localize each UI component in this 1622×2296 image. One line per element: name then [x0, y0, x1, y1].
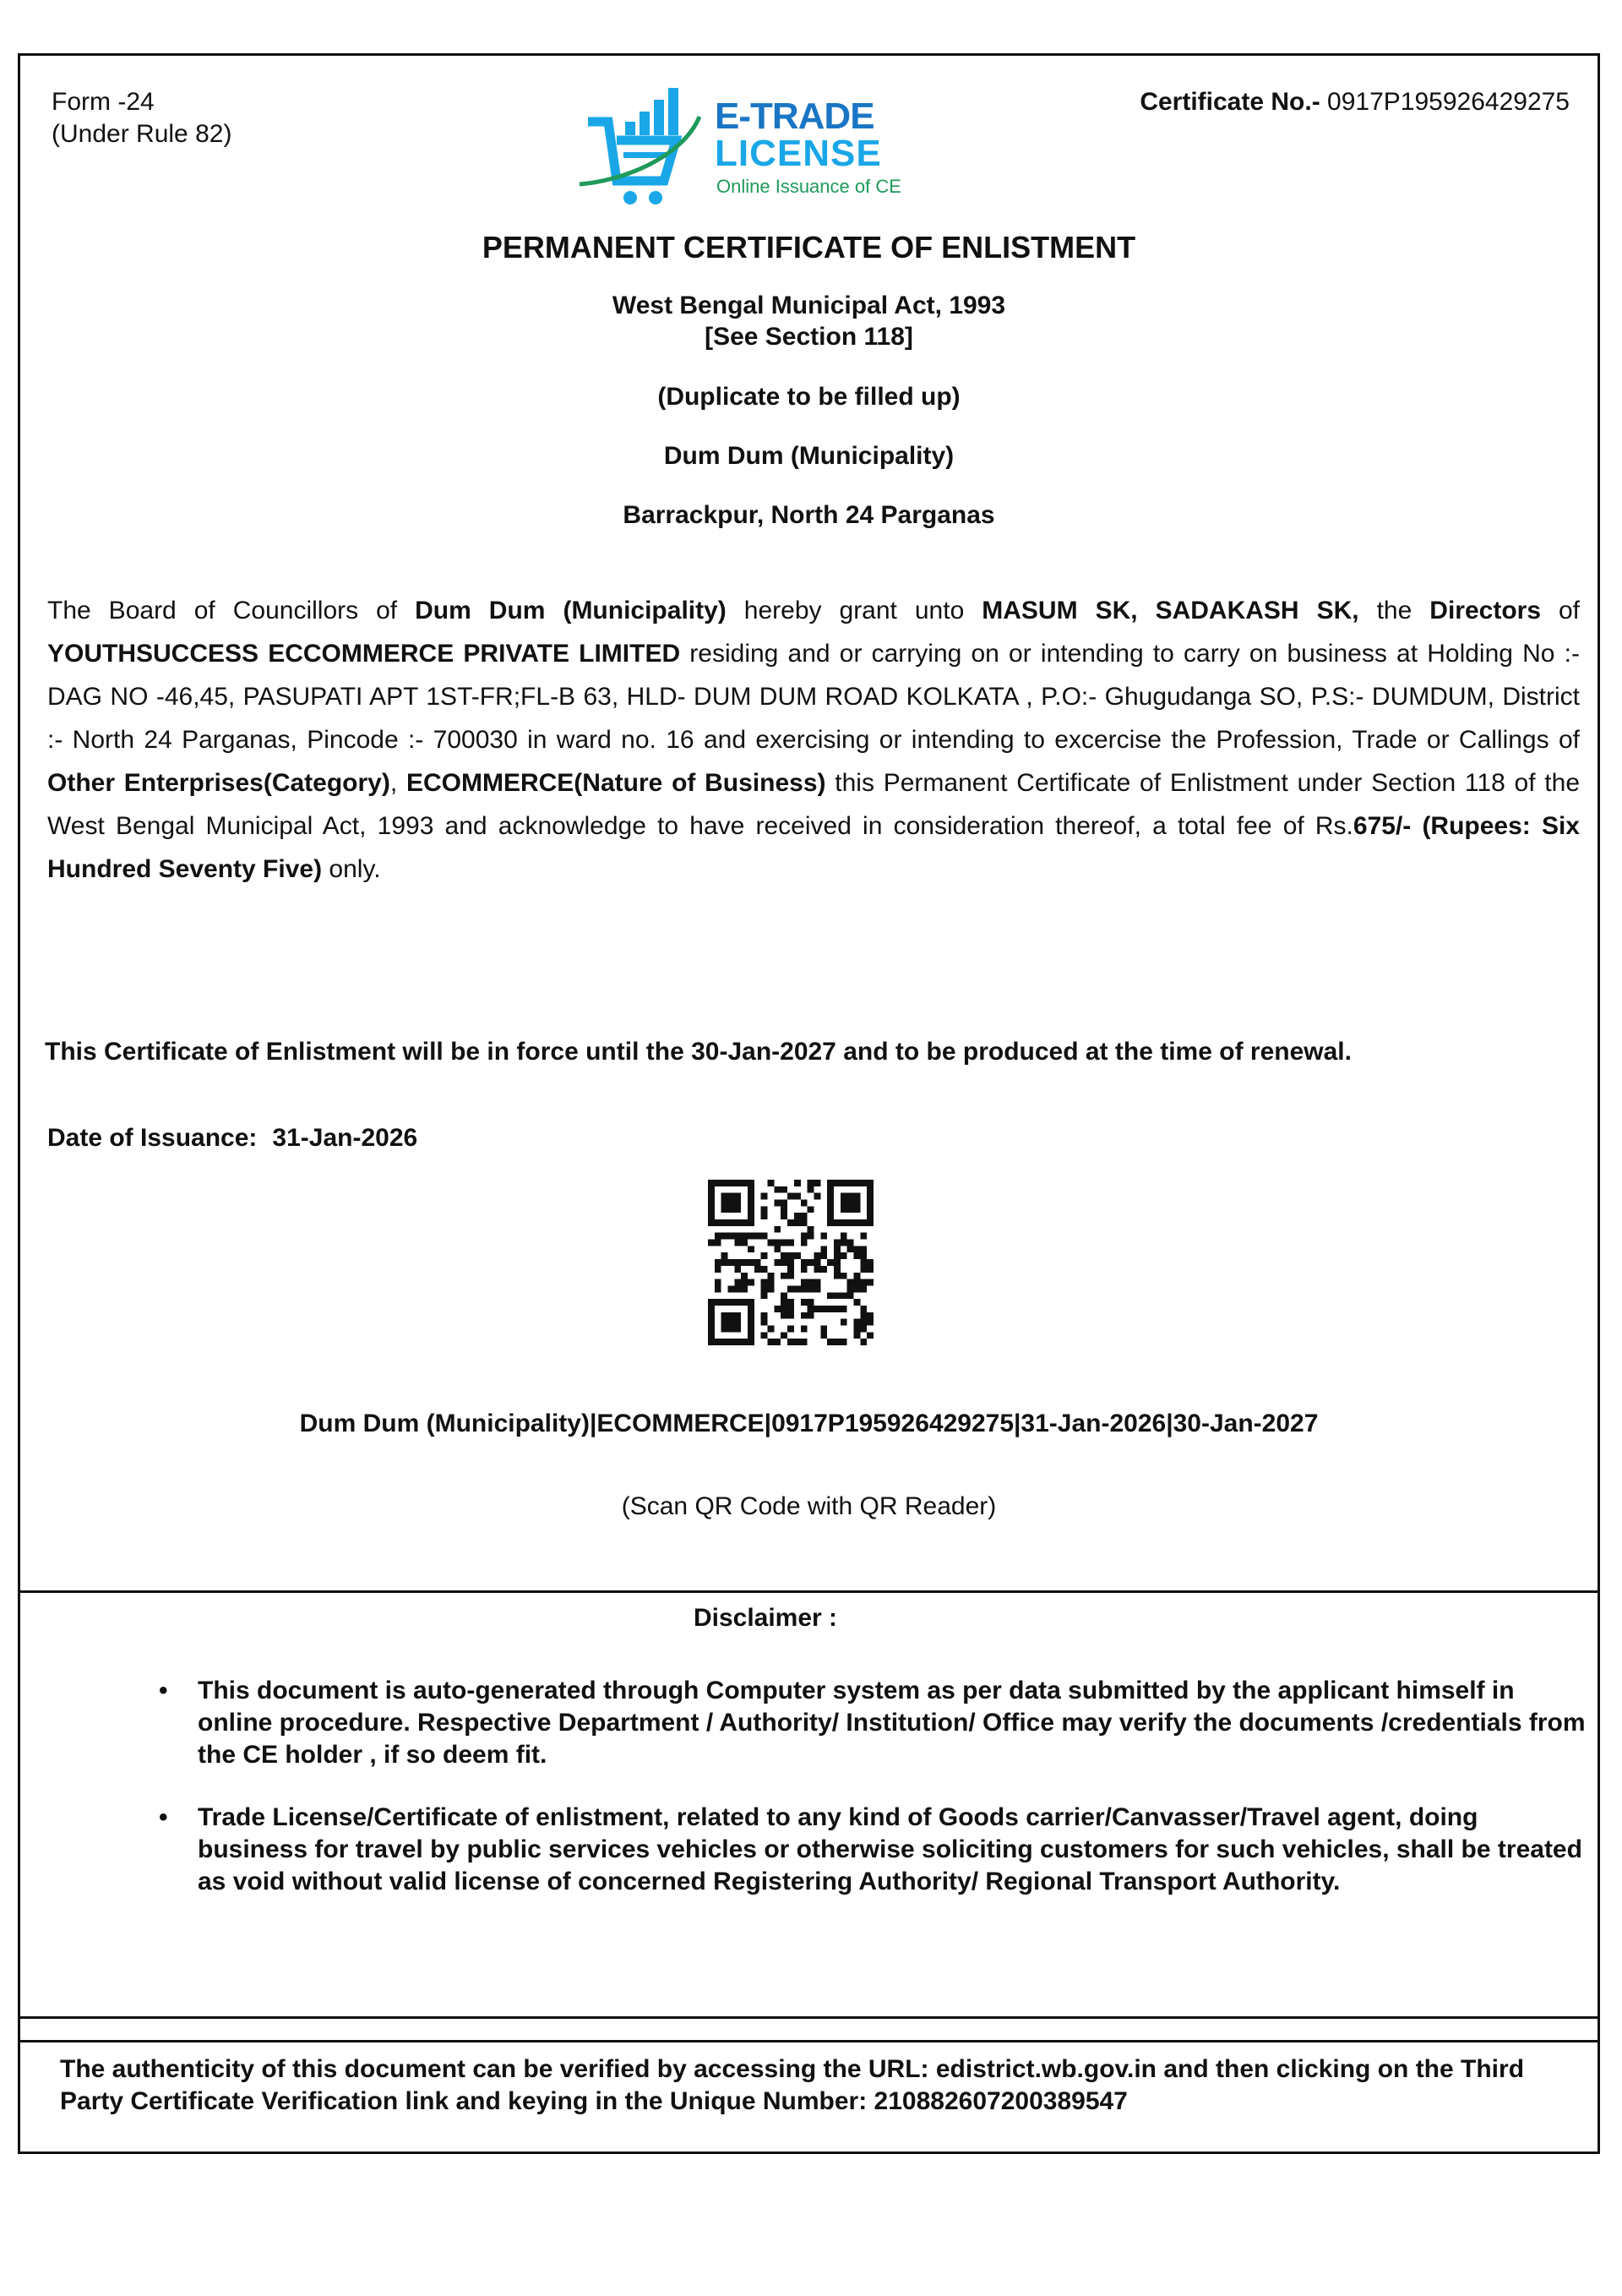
body-text: only. — [322, 855, 380, 883]
disclaimer-text: Trade License/Certificate of enlistment,… — [198, 1803, 1582, 1895]
logo-line1: E-TRADE — [715, 98, 874, 135]
body-text: the — [1359, 597, 1430, 624]
etrade-license-logo: E-TRADE LICENSE Online Issuance of CE — [564, 81, 911, 208]
certificate-number: Certificate No.- 0917P195926429275 — [1140, 86, 1570, 118]
bullet-icon: • — [159, 1802, 168, 1834]
form-number: Form -24 — [52, 86, 231, 118]
disclaimer-divider — [18, 1590, 1600, 1593]
footer-divider-top — [18, 2016, 1600, 2019]
act-section: [See Section 118] — [18, 322, 1600, 352]
footer-divider-bottom — [18, 2040, 1600, 2042]
duplicate-note: (Duplicate to be filled up) — [18, 382, 1600, 412]
logo-line2: LICENSE — [715, 135, 882, 172]
qr-scan-note: (Scan QR Code with QR Reader) — [18, 1492, 1600, 1521]
validity-statement: This Certificate of Enlistment will be i… — [45, 1038, 1352, 1066]
issuance-label: Date of Issuance: — [47, 1124, 257, 1152]
municipality-name: Dum Dum (Municipality) — [18, 441, 1600, 472]
logo-tagline: Online Issuance of CE — [716, 176, 901, 198]
disclaimer-list: •This document is auto-generated through… — [152, 1675, 1588, 1928]
issuance-value: 31-Jan-2026 — [272, 1124, 417, 1152]
qr-code-icon — [708, 1178, 874, 1347]
disclaimer-text: This document is auto-generated through … — [198, 1677, 1586, 1769]
certificate-number-label: Certificate No.- — [1140, 88, 1320, 116]
body-text: hereby grant unto — [727, 597, 982, 624]
grant-paragraph: The Board of Councillors of Dum Dum (Mun… — [47, 589, 1580, 891]
body-nature: ECOMMERCE(Nature of Business) — [406, 769, 826, 797]
form-info: Form -24 (Under Rule 82) — [52, 86, 231, 150]
body-company: YOUTHSUCCESS ECCOMMERCE PRIVATE LIMITED — [47, 640, 680, 668]
body-text: The Board of Councillors of — [47, 597, 415, 624]
issuance-date: Date of Issuance:31-Jan-2026 — [47, 1124, 417, 1153]
body-category: Other Enterprises(Category) — [47, 769, 390, 797]
qr-caption: Dum Dum (Municipality)|ECOMMERCE|0917P19… — [18, 1410, 1600, 1438]
certificate-number-value: 0917P195926429275 — [1327, 88, 1570, 116]
bullet-icon: • — [159, 1675, 168, 1707]
body-grantees: MASUM SK, SADAKASH SK, — [982, 597, 1358, 624]
page-title: PERMANENT CERTIFICATE OF ENLISTMENT — [18, 230, 1600, 265]
body-text: of — [1541, 597, 1580, 624]
form-rule: (Under Rule 82) — [52, 118, 231, 150]
disclaimer-item: •This document is auto-generated through… — [152, 1675, 1588, 1771]
act-name: West Bengal Municipal Act, 1993 — [18, 291, 1600, 321]
body-municipality: Dum Dum (Municipality) — [415, 597, 727, 624]
body-text: , — [390, 769, 406, 797]
disclaimer-title: Disclaimer : — [0, 1604, 1531, 1633]
location: Barrackpur, North 24 Parganas — [18, 500, 1600, 531]
verification-note: The authenticity of this document can be… — [60, 2053, 1581, 2118]
body-role: Directors — [1429, 597, 1541, 624]
disclaimer-item: •Trade License/Certificate of enlistment… — [152, 1802, 1588, 1898]
